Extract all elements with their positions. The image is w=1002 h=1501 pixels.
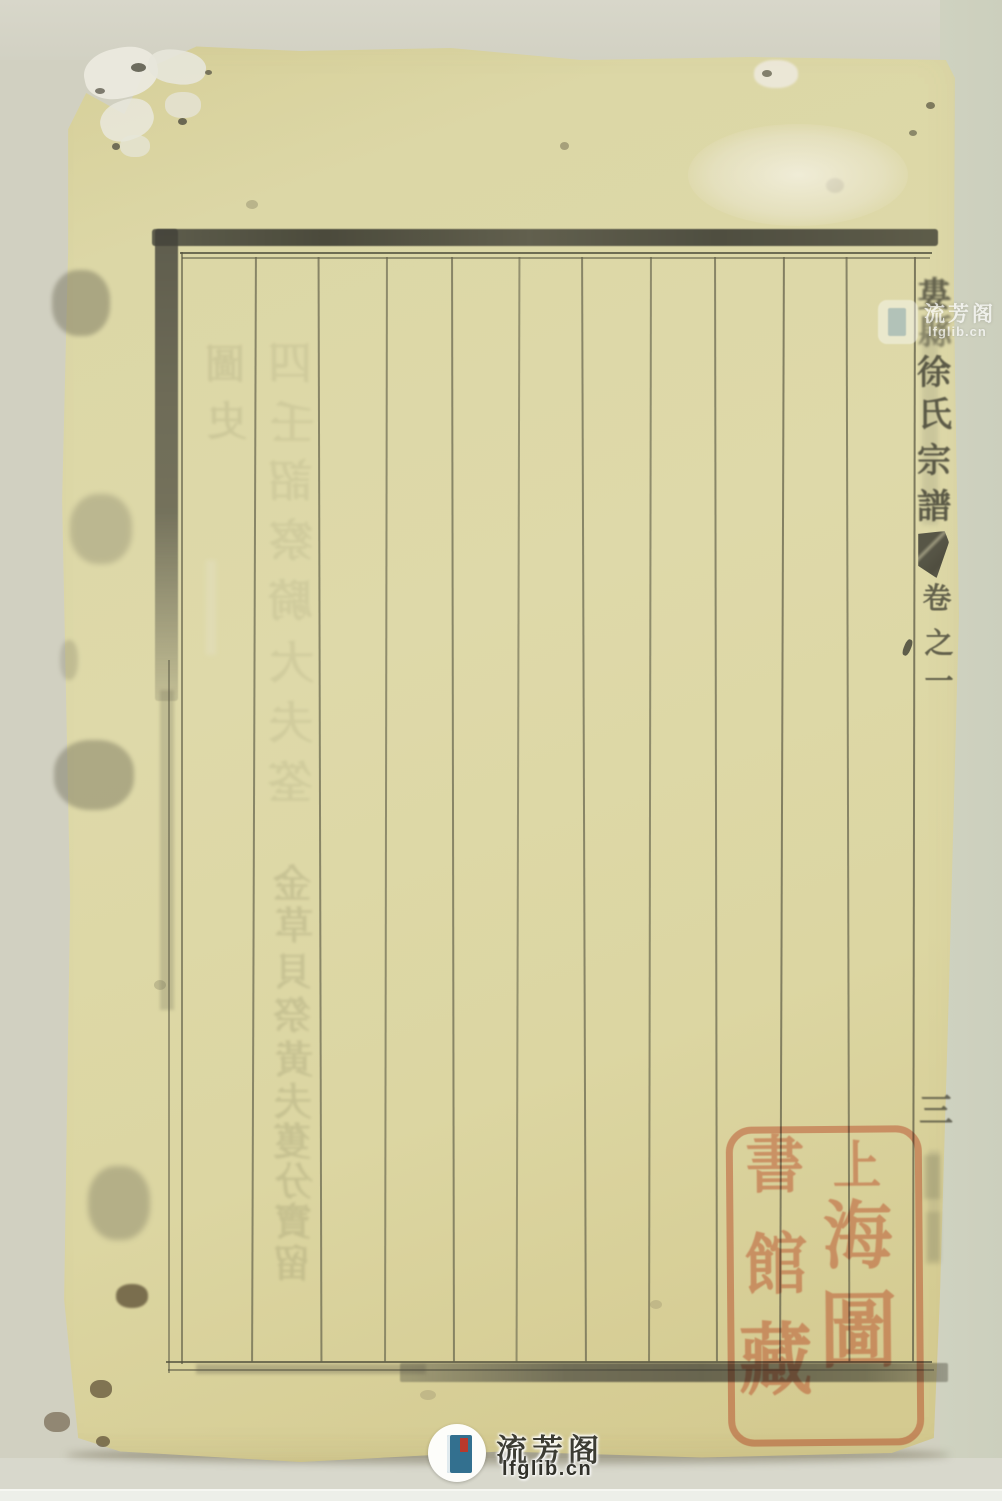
banxin-volume-char: 之 xyxy=(922,630,956,659)
banxin-title-char: 譜 xyxy=(915,490,953,524)
library-seal: 上 海 圖 書 館 藏 xyxy=(726,1125,925,1447)
banxin-smudge xyxy=(924,1155,940,1199)
ink-speck xyxy=(926,102,935,109)
seal-char: 館 xyxy=(736,1231,816,1299)
fox-spot xyxy=(116,1284,148,1308)
watermark-top-right: 流芳阁 lfglib.cn xyxy=(876,294,1002,348)
bleedthrough-char: 壬 xyxy=(268,402,316,446)
margin-stain xyxy=(52,270,110,336)
seal-char: 書 xyxy=(735,1134,815,1197)
bleedthrough-char: 留 xyxy=(268,1246,316,1284)
ink-speck xyxy=(909,130,917,136)
bleedthrough-char: 圖 xyxy=(202,345,248,385)
ink-speck xyxy=(560,142,569,150)
book-cover xyxy=(888,308,906,336)
bleedthrough-char: 詔 xyxy=(266,460,314,504)
bleedthrough-char: 金 xyxy=(268,866,316,904)
scanned-page-canvas: 圖 史 四 壬 詔 察 騎 大 夫 筌 金 草 貝 祭 黃 夫 蒦 分 寶 留 … xyxy=(0,0,1002,1501)
ink-speck xyxy=(112,143,120,150)
watermark-icon-circle xyxy=(428,1424,486,1482)
banxin-smudge xyxy=(926,1212,940,1264)
frame-top-thick-border xyxy=(152,229,938,246)
bleedthrough-char: 騎 xyxy=(266,580,314,624)
fox-spot xyxy=(44,1412,70,1432)
bleedthrough-char: 黃 xyxy=(270,1042,318,1080)
bleedthrough-char: 筌 xyxy=(266,762,314,806)
banxin-page-number: 三 xyxy=(918,1094,954,1128)
book-title-label xyxy=(460,1438,468,1452)
fox-spot xyxy=(96,1436,110,1447)
banxin-title-char: 徐 xyxy=(915,356,953,390)
frame-top-thin-line xyxy=(180,252,932,254)
ink-speck xyxy=(131,63,146,72)
banxin-volume-char: 卷 xyxy=(920,585,954,614)
bleedthrough-char: 史 xyxy=(204,402,250,442)
backing-paper-top xyxy=(0,0,1002,60)
margin-stain xyxy=(70,494,132,564)
margin-stain xyxy=(54,740,134,810)
seal-char: 海 xyxy=(813,1198,902,1273)
scan-glare xyxy=(688,124,908,226)
frame-top-thin-line xyxy=(182,257,930,259)
margin-stain xyxy=(88,1166,150,1240)
fox-spot xyxy=(90,1380,112,1398)
bleedthrough-char: 草 xyxy=(270,908,318,946)
watermark-site-url: lfglib.cn xyxy=(502,1458,592,1481)
bleedthrough-char: 察 xyxy=(267,520,315,564)
paper-flaw xyxy=(754,60,798,88)
ink-speck xyxy=(762,70,772,77)
stitched-book-icon xyxy=(447,1435,472,1473)
banxin-title-char: 氏 xyxy=(916,398,954,432)
bleedthrough-char: 分 xyxy=(270,1164,318,1202)
watermark-site-url: lfglib.cn xyxy=(928,324,987,339)
fox-spot xyxy=(246,200,258,209)
ink-speck xyxy=(205,70,212,75)
banxin-title-char: 宗 xyxy=(915,444,953,478)
margin-stain xyxy=(60,640,78,680)
stitched-book-icon xyxy=(878,300,918,344)
fox-spot xyxy=(650,1300,662,1309)
bleedthrough-char: 蒦 xyxy=(268,1124,316,1162)
torn-corner-patch xyxy=(165,92,201,118)
frame-left-thin-line xyxy=(168,660,170,1373)
bleedthrough-char: 貝 xyxy=(269,954,317,992)
frame-left-inner-line xyxy=(181,252,183,1364)
frame-left-thick-border xyxy=(155,229,178,701)
fox-spot xyxy=(420,1390,436,1400)
frame-bottom-smudge xyxy=(196,1364,426,1374)
seal-char: 上 xyxy=(815,1140,899,1192)
bleedthrough-char: 夫 xyxy=(269,1084,317,1122)
watermark-bottom: 流芳阁 lfglib.cn xyxy=(424,1420,604,1490)
paper-scratch xyxy=(206,560,216,655)
bleedthrough-char: 大 xyxy=(268,642,316,686)
seal-char: 藏 xyxy=(734,1321,817,1400)
ink-speck xyxy=(178,118,187,125)
torn-corner-patch xyxy=(120,135,150,157)
bleedthrough-char: 四 xyxy=(266,342,314,386)
seal-char: 圖 xyxy=(814,1290,903,1374)
bleedthrough-char: 夫 xyxy=(267,702,315,746)
backing-paper-bottom-edge xyxy=(0,1489,1002,1501)
banxin-volume-char: 一 xyxy=(922,668,956,697)
ink-speck xyxy=(95,88,105,94)
frame-left-border-fade xyxy=(160,690,174,1010)
bleedthrough-char: 寶 xyxy=(269,1204,317,1242)
bleedthrough-char: 祭 xyxy=(268,998,316,1036)
